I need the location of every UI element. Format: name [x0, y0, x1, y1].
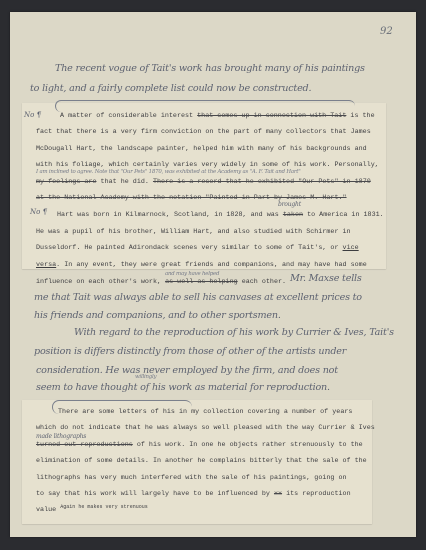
handwritten-intro-line-1: The recent vogue of Tait's work has brou…	[55, 63, 365, 74]
handwritten-middle-line-5: consideration. He was never employed by …	[36, 365, 338, 376]
typed-line: versa. In any event, they were great fri…	[36, 261, 367, 269]
typed-line: turned out reproductions of his work. In…	[36, 441, 363, 449]
deleted-text: taken	[283, 211, 303, 219]
page-number: 92	[380, 26, 393, 37]
typed-line: lithographs has very much interfered wit…	[36, 474, 347, 482]
typed-line: Dusseldorf. He painted Adirondack scenes…	[36, 244, 359, 252]
typed-line: my feelings are that he did. There is a …	[36, 178, 371, 186]
typed-line: fact that there is a very firm convictio…	[36, 128, 371, 136]
deleted-text: xx	[274, 490, 282, 498]
typed-line: which do not indicate that he was always…	[36, 424, 375, 432]
handwritten-middle-line-4: position is differs distinctly from thos…	[34, 346, 346, 357]
typed-line: A matter of considerable interest that c…	[60, 112, 375, 120]
handwritten-middle-line-1: me that Tait was always able to sell his…	[34, 292, 362, 303]
deleted-text: as well as helping	[165, 278, 238, 286]
handwritten-insert-willingly: willingly	[135, 374, 156, 380]
deleted-text: turned out reproductions	[36, 441, 133, 449]
typed-line: to say that his work will largely have t…	[36, 490, 351, 498]
deleted-text: There is a record that he exhibited "Our…	[153, 178, 371, 186]
deleted-text: my feelings are	[36, 178, 97, 186]
handwritten-middle-line-3: With regard to the reproduction of his w…	[74, 327, 394, 338]
handwritten-intro-line-2: to light, and a fairly complete list cou…	[30, 83, 311, 94]
margin-note-no-paragraph-1: No ¶	[24, 111, 41, 119]
typed-line: He was a pupil of his brother, William H…	[36, 228, 351, 236]
deleted-text: that comes up in connection with Tait	[197, 112, 346, 120]
handwritten-middle-line-2: his friends and companions, and to other…	[34, 310, 281, 321]
handwritten-insert-mutually: and may have helped	[165, 271, 219, 277]
handwritten-insert-agree: I am inclined to agree. Note that "Our P…	[36, 169, 301, 175]
typed-line: There are some letters of his in my coll…	[58, 408, 352, 416]
typed-line: influence on each other's work, as well …	[36, 278, 286, 286]
margin-note-no-paragraph-2: No ¶	[30, 208, 47, 216]
handwritten-tail-maxse: Mr. Maxse tells	[290, 273, 362, 284]
typed-line: Hart was born in Kilmarnock, Scotland, i…	[57, 211, 384, 219]
typed-line: value Again he makes very strenuous	[36, 506, 148, 514]
handwritten-insert-lithographs: made lithographs	[36, 433, 86, 440]
typed-line: elimination of some details. In another …	[36, 457, 367, 465]
insertion-loop-mark	[55, 100, 355, 112]
typed-line: with his foliage, which certainly varies…	[36, 161, 379, 169]
handwritten-insert-brought: brought	[278, 201, 301, 208]
handwritten-middle-line-6: seem to have thought of his work as mate…	[36, 382, 330, 393]
typed-line: McDougall Hart, the landscape painter, h…	[36, 145, 367, 153]
